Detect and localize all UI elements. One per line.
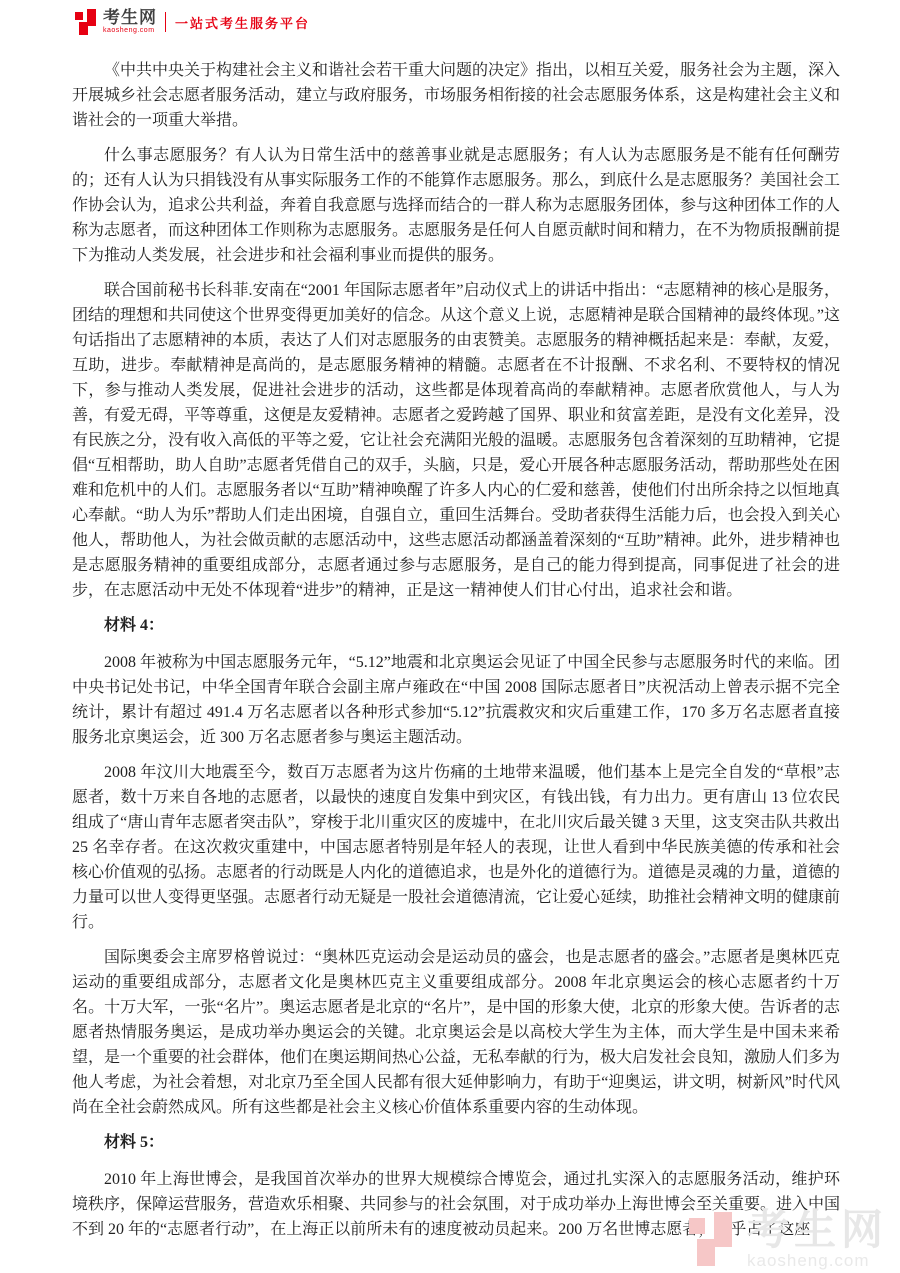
brand-tagline: 一站式考生服务平台	[175, 13, 310, 32]
paragraph-olympics-volunteers: 国际奥委会主席罗格曾说过：“奥林匹克运动会是运动员的盛会，也是志愿者的盛会。”志…	[72, 945, 840, 1120]
brand-text: 考生网 kaosheng.com	[103, 9, 157, 35]
material-5-heading: 材料 5：	[72, 1130, 840, 1155]
brand-name: 考生网	[103, 9, 157, 27]
brand-domain-label: kaosheng.com	[103, 27, 157, 35]
brand-header: 考生网 kaosheng.com 一站式考生服务平台	[75, 7, 310, 37]
paragraph-wenchuan-earthquake: 2008 年汶川大地震至今，数百万志愿者为这片伤痛的土地带来温暖，他们基本上是完…	[72, 760, 840, 935]
watermark-text: 考生网 kaosheng.com	[747, 1209, 888, 1271]
kaosheng-logo-icon	[75, 9, 98, 36]
watermark-brand-name: 考生网	[747, 1209, 888, 1251]
document-page: 考生网 kaosheng.com 一站式考生服务平台 《中共中央关于构建社会主义…	[0, 0, 900, 1273]
paragraph-what-is-volunteer-service: 什么事志愿服务？有人认为日常生活中的慈善事业就是志愿服务；有人认为志愿服务是不能…	[72, 143, 840, 268]
material-4-heading: 材料 4：	[72, 613, 840, 638]
document-body: 《中共中央关于构建社会主义和谐社会若干重大问题的决定》指出，以相互关爱，服务社会…	[72, 58, 840, 1252]
paragraph-annan-volunteer-spirit: 联合国前秘书长科菲.安南在“2001 年国际志愿者年”启动仪式上的讲话中指出：“…	[72, 278, 840, 603]
paragraph-2008-volunteer-year: 2008 年被称为中国志愿服务元年，“5.12”地震和北京奥运会见证了中国全民参…	[72, 650, 840, 750]
kaosheng-watermark-logo-icon	[689, 1212, 737, 1268]
paragraph-ccp-decision: 《中共中央关于构建社会主义和谐社会若干重大问题的决定》指出，以相互关爱，服务社会…	[72, 58, 840, 133]
watermark: 考生网 kaosheng.com	[689, 1209, 888, 1271]
watermark-brand-domain: kaosheng.com	[747, 1251, 888, 1271]
header-divider	[165, 12, 166, 32]
